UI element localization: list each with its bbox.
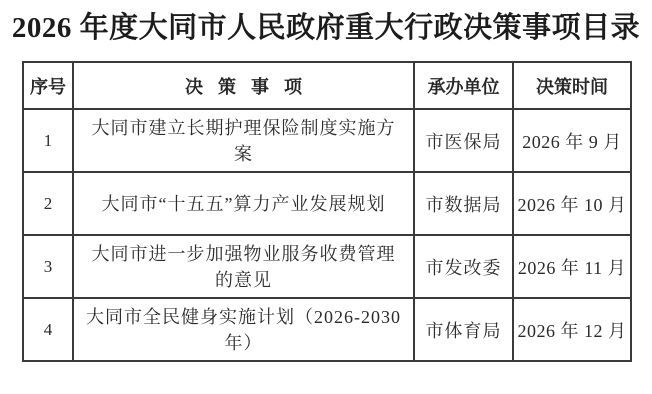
decision-time: 2026 年 11 月	[513, 235, 631, 298]
table-body: 1 大同市建立长期护理保险制度实施方案 市医保局 2026 年 9 月 2 大同…	[23, 109, 631, 361]
decision-item: 大同市建立长期护理保险制度实施方案	[73, 109, 414, 172]
page-title: 2026 年度大同市人民政府重大行政决策事项目录	[0, 8, 652, 48]
table-row: 1 大同市建立长期护理保险制度实施方案 市医保局 2026 年 9 月	[23, 109, 631, 172]
row-number: 1	[23, 109, 73, 172]
handling-unit: 市医保局	[414, 109, 513, 172]
decision-catalog-table: 序号 决 策 事 项 承办单位 决策时间 1 大同市建立长期护理保险制度实施方案…	[22, 61, 632, 362]
header-row: 序号 决 策 事 项 承办单位 决策时间	[23, 62, 631, 109]
row-number: 4	[23, 298, 73, 361]
handling-unit: 市体育局	[414, 298, 513, 361]
decision-time: 2026 年 9 月	[513, 109, 631, 172]
handling-unit: 市发改委	[414, 235, 513, 298]
handling-unit: 市数据局	[414, 172, 513, 235]
row-number: 2	[23, 172, 73, 235]
decision-item: 大同市进一步加强物业服务收费管理的意见	[73, 235, 414, 298]
table-row: 2 大同市“十五五”算力产业发展规划 市数据局 2026 年 10 月	[23, 172, 631, 235]
decision-item: 大同市“十五五”算力产业发展规划	[73, 172, 414, 235]
column-header-no: 序号	[23, 62, 73, 109]
column-header-item: 决 策 事 项	[73, 62, 414, 109]
table-header: 序号 决 策 事 项 承办单位 决策时间	[23, 62, 631, 109]
row-number: 3	[23, 235, 73, 298]
decision-item: 大同市全民健身实施计划（2026-2030 年）	[73, 298, 414, 361]
decision-time: 2026 年 12 月	[513, 298, 631, 361]
column-header-time: 决策时间	[513, 62, 631, 109]
decision-time: 2026 年 10 月	[513, 172, 631, 235]
column-header-unit: 承办单位	[414, 62, 513, 109]
table-row: 3 大同市进一步加强物业服务收费管理的意见 市发改委 2026 年 11 月	[23, 235, 631, 298]
table-row: 4 大同市全民健身实施计划（2026-2030 年） 市体育局 2026 年 1…	[23, 298, 631, 361]
